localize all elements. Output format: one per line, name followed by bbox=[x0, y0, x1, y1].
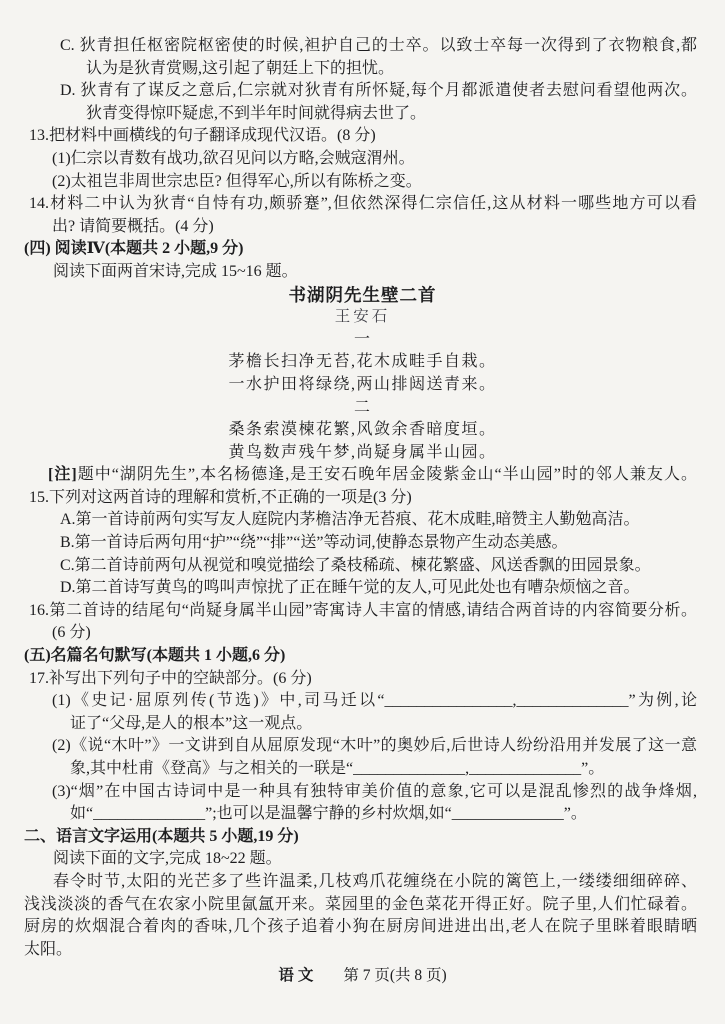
question-17-sub1-line2: 证了“父母,是人的根本”这一观点。 bbox=[70, 713, 725, 736]
question-16-line2: (6 分) bbox=[52, 622, 725, 645]
question-17-stem: 17.补写出下列句子中的空缺部分。(6 分) bbox=[29, 668, 725, 691]
question-17-sub3-line2: 如“______________”;也可以是温馨宁静的乡村炊烟,如“______… bbox=[70, 803, 725, 826]
question-14-line1: 14.材料二中认为狄青“自恃有功,颇骄蹇”,但依然深得仁宗信任,这从材料一哪些地… bbox=[29, 193, 697, 216]
passage-line2: 浅浅淡淡的香气在农家小院里氤氲开来。菜园里的金色菜花开得正好。院子里,人们忙碌着… bbox=[24, 894, 697, 917]
question-17-sub2-line2: 象,其中杜甫《登高》与之相关的一联是“______________,______… bbox=[70, 758, 725, 781]
section-5-heading: (五)名篇名句默写(本题共 1 小题,6 分) bbox=[24, 645, 725, 668]
option-c-line1: C. 狄青担任枢密院枢密使的时候,袒护自己的士卒。以致士卒每一次得到了衣物粮食,… bbox=[60, 35, 697, 58]
question-14-line2: 出? 请简要概括。(4 分) bbox=[52, 216, 725, 239]
question-17-sub3-line1: (3)“烟”在中国古诗词中是一种具有独特审美价值的意象,它可以是混乱惨烈的战争烽… bbox=[52, 781, 697, 804]
poem-title: 书湖阴先生壁二首 bbox=[0, 284, 725, 307]
exam-page: C. 狄青担任枢密院枢密使的时候,袒护自己的士卒。以致士卒每一次得到了衣物粮食,… bbox=[0, 0, 725, 1024]
poem-part1-line1: 茅檐长扫净无苔,花木成畦手自栽。 bbox=[0, 351, 725, 374]
poem-part2-line2: 黄鸟数声残午梦,尚疑身属半山园。 bbox=[0, 442, 725, 465]
poem-part2-line1: 桑条索漠楝花繁,风敛余香暗度垣。 bbox=[0, 419, 725, 442]
question-16-line1: 16.第二首诗的结尾句“尚疑身属半山园”寄寓诗人丰富的情感,请结合两首诗的内容简… bbox=[29, 600, 697, 623]
section-4-heading: (四) 阅读Ⅳ(本题共 2 小题,9 分) bbox=[24, 238, 725, 261]
question-15-option-c: C.第二首诗前两句从视觉和嗅觉描绘了桑枝稀疏、楝花繁盛、风送香飘的田园景象。 bbox=[60, 555, 725, 578]
note-label: [注] bbox=[48, 466, 77, 483]
footer-subject: 语文 bbox=[278, 967, 317, 984]
section-language-use-heading: 二、语言文字运用(本题共 5 小题,19 分) bbox=[24, 826, 725, 849]
poem-part2-label: 二 bbox=[0, 397, 725, 420]
option-d-line1: D. 狄青有了谋反之意后,仁宗就对狄青有所怀疑,每个月都派遣使者去慰问看望他两次… bbox=[60, 80, 697, 103]
question-15-option-b: B.第一首诗后两句用“护”“绕”“排”“送”等动词,使静态景物产生动态美感。 bbox=[60, 532, 725, 555]
page-footer: 语文第 7 页(共 8 页) bbox=[0, 963, 725, 985]
page-content: C. 狄青担任枢密院枢密使的时候,袒护自己的士卒。以致士卒每一次得到了衣物粮食,… bbox=[0, 0, 725, 961]
question-15-option-d: D.第二首诗写黄鸟的鸣叫声惊扰了正在睡午觉的友人,可见此处也有嘈杂烦恼之音。 bbox=[60, 577, 725, 600]
poem-part1-label: 一 bbox=[0, 329, 725, 352]
question-13-stem: 13.把材料中画横线的句子翻译成现代汉语。(8 分) bbox=[29, 125, 725, 148]
question-17-sub1-line1: (1)《史记·屈原列传(节选)》中,司马迁以“________________,… bbox=[52, 690, 697, 713]
option-c-line2: 认为是狄青赏赐,这引起了朝廷上下的担忧。 bbox=[86, 58, 725, 81]
question-15-option-a: A.第一首诗前两句实写友人庭院内茅檐洁净无苔痕、花木成畦,暗赞主人勤勉高洁。 bbox=[60, 509, 725, 532]
poem-note: [注]题中“湖阴先生”,本名杨德逢,是王安石晚年居金陵紫金山“半山园”时的邻人兼… bbox=[48, 464, 697, 487]
language-use-intro: 阅读下面的文字,完成 18~22 题。 bbox=[53, 848, 725, 871]
option-d-line2: 狄青变得惊吓疑虑,不到半年时间就得病去世了。 bbox=[86, 103, 725, 126]
note-text: 题中“湖阴先生”,本名杨德逢,是王安石晚年居金陵紫金山“半山园”时的邻人兼友人。 bbox=[77, 466, 697, 483]
footer-page-info: 第 7 页(共 8 页) bbox=[343, 967, 446, 984]
passage-line3: 厨房的炊烟混合着肉的香味,几个孩子追着小狗在厨房间进进出出,老人在院子里眯着眼睛… bbox=[24, 916, 697, 939]
poem-part1-line2: 一水护田将绿绕,两山排闼送青来。 bbox=[0, 374, 725, 397]
passage-line1: 春令时节,太阳的光芒多了些许温柔,几枝鸡爪花缠绕在小院的篱笆上,一缕缕细细碎碎、 bbox=[53, 871, 697, 894]
question-15-stem: 15.下列对这两首诗的理解和赏析,不正确的一项是(3 分) bbox=[29, 487, 725, 510]
question-13-sub2: (2)太祖岂非周世宗忠臣? 但得军心,所以有陈桥之变。 bbox=[52, 171, 725, 194]
question-13-sub1: (1)仁宗以青数有战功,欲召见问以方略,会贼寇渭州。 bbox=[52, 148, 725, 171]
question-17-sub2-line1: (2)《说“木叶”》一文讲到自从屈原发现“木叶”的奥妙后,后世诗人纷纷沿用并发展… bbox=[52, 735, 697, 758]
passage-line4: 太阳。 bbox=[24, 939, 725, 962]
poem-author: 王安石 bbox=[0, 306, 725, 329]
section-4-intro: 阅读下面两首宋诗,完成 15~16 题。 bbox=[53, 261, 725, 284]
